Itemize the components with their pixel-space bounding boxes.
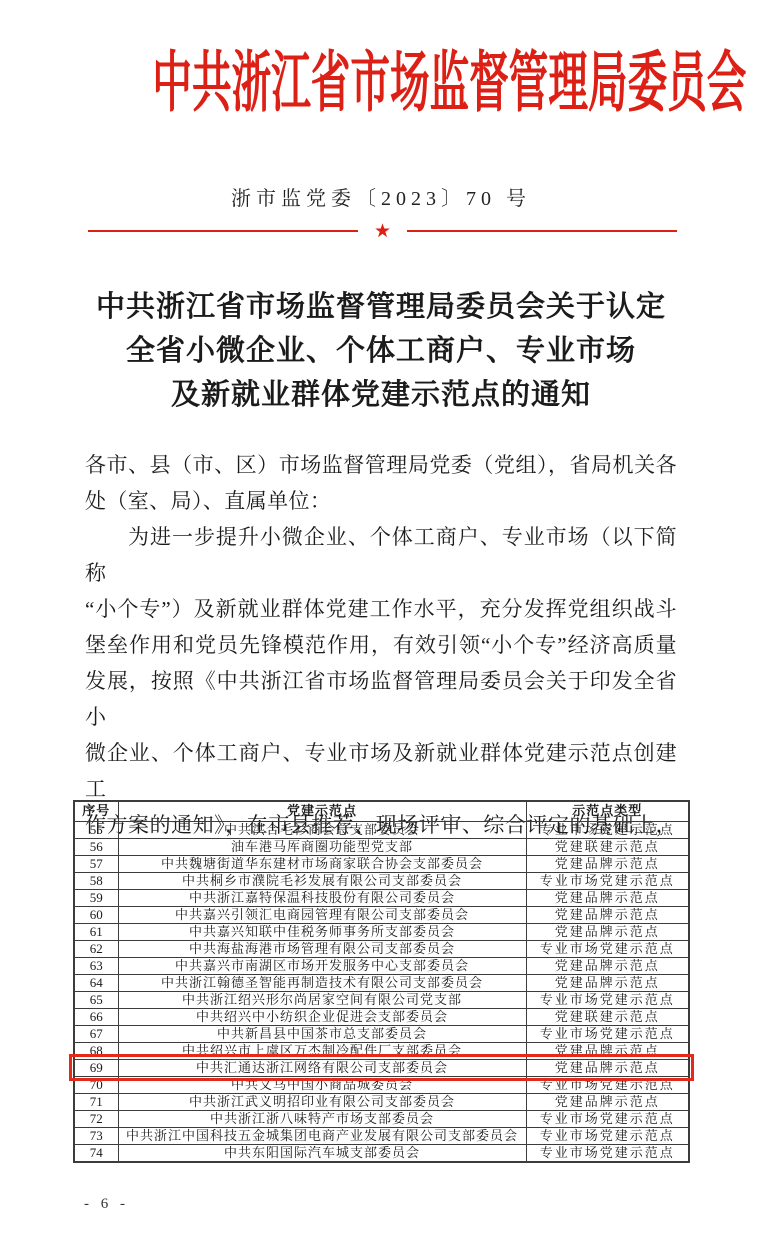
- site-name-cell: 中共海盐海港市场管理有限公司支部委员会: [118, 940, 526, 957]
- site-name-cell: 中共浙江中国科技五金城集团电商产业发展有限公司支部委员会: [118, 1127, 526, 1144]
- divider-line-left: [88, 230, 358, 232]
- row-number-cell: 68: [74, 1042, 118, 1059]
- table-row: 61中共嘉兴知联中佳税务师事务所支部委员会党建品牌示范点: [74, 923, 689, 940]
- star-icon: ★: [374, 222, 391, 241]
- site-name-cell: 中共浙江武义明招印业有限公司支部委员会: [118, 1093, 526, 1110]
- table-row: 67中共新昌县中国茶市总支部委员会专业市场党建示范点: [74, 1025, 689, 1042]
- page-number: - 6 -: [84, 1196, 129, 1213]
- divider-line-right: [407, 230, 677, 232]
- site-type-cell: 党建品牌示范点: [526, 906, 689, 923]
- site-type-cell: 党建品牌示范点: [526, 923, 689, 940]
- site-name-cell: 中共浙江嘉特保温科技股份有限公司委员会: [118, 889, 526, 906]
- table-row: 62中共海盐海港市场管理有限公司支部委员会专业市场党建示范点: [74, 940, 689, 957]
- row-number-cell: 73: [74, 1127, 118, 1144]
- table-row: 64中共浙江翰德圣智能再制造技术有限公司支部委员会党建品牌示范点: [74, 974, 689, 991]
- table-row: 63中共嘉兴市南湖区市场开发服务中心支部委员会党建品牌示范点: [74, 957, 689, 974]
- site-name-cell: 中共浙江浙八味特产市场支部委员会: [118, 1110, 526, 1127]
- row-number-cell: 57: [74, 855, 118, 872]
- row-number-cell: 55: [74, 821, 118, 838]
- table-row: 55中共洪合毛衫商会总支部委员会专业市场党建示范点: [74, 821, 689, 838]
- no-header-cell: 序号: [74, 801, 118, 821]
- demonstration-points-table: 序号党建示范点示范点类型 55中共洪合毛衫商会总支部委员会专业市场党建示范点56…: [73, 800, 690, 1163]
- table-row: 68中共绍兴市上虞区万杰制冷配件厂支部委员会党建品牌示范点: [74, 1042, 689, 1059]
- notice-title-line: 全省小微企业、个体工商户、专业市场: [0, 329, 762, 373]
- row-number-cell: 61: [74, 923, 118, 940]
- site-name-cell: 中共东阳国际汽车城支部委员会: [118, 1144, 526, 1162]
- site-type-cell: 党建品牌示范点: [526, 957, 689, 974]
- document-page: 中共浙江省市场监督管理局委员会 浙市监党委〔2023〕70 号 ★ 中共浙江省市…: [0, 0, 762, 1252]
- site-name-cell: 中共义乌中国小商品城委员会: [118, 1076, 526, 1093]
- table-row: 73中共浙江中国科技五金城集团电商产业发展有限公司支部委员会专业市场党建示范点: [74, 1127, 689, 1144]
- table-header-row: 序号党建示范点示范点类型: [74, 801, 689, 821]
- row-number-cell: 67: [74, 1025, 118, 1042]
- notice-title-line: 及新就业群体党建示范点的通知: [0, 373, 762, 417]
- site-type-cell: 党建品牌示范点: [526, 1042, 689, 1059]
- body-line: 微企业、个体工商户、专业市场及新就业群体党建示范点创建工: [85, 735, 677, 807]
- site-type-cell: 党建联建示范点: [526, 1008, 689, 1025]
- table-row: 72中共浙江浙八味特产市场支部委员会专业市场党建示范点: [74, 1110, 689, 1127]
- site-type-cell: 专业市场党建示范点: [526, 1144, 689, 1162]
- site-type-cell: 党建品牌示范点: [526, 1093, 689, 1110]
- site-name-cell: 油车港马厍商圈功能型党支部: [118, 838, 526, 855]
- row-number-cell: 69: [74, 1059, 118, 1076]
- site-name-cell: 中共浙江翰德圣智能再制造技术有限公司支部委员会: [118, 974, 526, 991]
- row-number-cell: 70: [74, 1076, 118, 1093]
- row-number-cell: 56: [74, 838, 118, 855]
- site-type-cell: 专业市场党建示范点: [526, 940, 689, 957]
- row-number-cell: 63: [74, 957, 118, 974]
- site-type-cell: 党建品牌示范点: [526, 855, 689, 872]
- row-number-cell: 59: [74, 889, 118, 906]
- row-number-cell: 72: [74, 1110, 118, 1127]
- site-name-cell: 中共嘉兴知联中佳税务师事务所支部委员会: [118, 923, 526, 940]
- notice-title: 中共浙江省市场监督管理局委员会关于认定 全省小微企业、个体工商户、专业市场 及新…: [0, 285, 762, 417]
- site-name-cell: 中共洪合毛衫商会总支部委员会: [118, 821, 526, 838]
- table-header: 序号党建示范点示范点类型: [74, 801, 689, 821]
- issuing-authority-title: 中共浙江省市场监督管理局委员会: [152, 48, 609, 121]
- table-row: 70中共义乌中国小商品城委员会专业市场党建示范点: [74, 1076, 689, 1093]
- table-body: 55中共洪合毛衫商会总支部委员会专业市场党建示范点56油车港马厍商圈功能型党支部…: [74, 821, 689, 1162]
- site-type-cell: 专业市场党建示范点: [526, 1076, 689, 1093]
- site-type-cell: 专业市场党建示范点: [526, 1127, 689, 1144]
- site-name-cell: 中共浙江绍兴形尔尚居家空间有限公司党支部: [118, 991, 526, 1008]
- body-line: “小个专”）及新就业群体党建工作水平，充分发挥党组织战斗: [85, 591, 677, 627]
- site-name-header-cell: 党建示范点: [118, 801, 526, 821]
- site-type-cell: 党建品牌示范点: [526, 974, 689, 991]
- site-type-cell: 党建品牌示范点: [526, 889, 689, 906]
- body-line: 堡垒作用和党员先锋模范作用，有效引领“小个专”经济高质量: [85, 627, 677, 663]
- table-row: 60中共嘉兴引领汇电商园管理有限公司支部委员会党建品牌示范点: [74, 906, 689, 923]
- header-divider: ★: [88, 222, 677, 240]
- body-line: 为进一步提升小微企业、个体工商户、专业市场（以下简称: [85, 519, 677, 591]
- site-name-cell: 中共桐乡市濮院毛衫发展有限公司支部委员会: [118, 872, 526, 889]
- site-type-cell: 党建品牌示范点: [526, 1059, 689, 1076]
- table-row: 59中共浙江嘉特保温科技股份有限公司委员会党建品牌示范点: [74, 889, 689, 906]
- site-type-header-cell: 示范点类型: [526, 801, 689, 821]
- site-type-cell: 专业市场党建示范点: [526, 872, 689, 889]
- table-row-highlighted: 69中共汇通达浙江网络有限公司支部委员会党建品牌示范点: [74, 1059, 689, 1076]
- table-row: 71中共浙江武义明招印业有限公司支部委员会党建品牌示范点: [74, 1093, 689, 1110]
- row-number-cell: 71: [74, 1093, 118, 1110]
- site-name-cell: 中共嘉兴市南湖区市场开发服务中心支部委员会: [118, 957, 526, 974]
- row-number-cell: 64: [74, 974, 118, 991]
- notice-title-line: 中共浙江省市场监督管理局委员会关于认定: [0, 285, 762, 329]
- site-name-cell: 中共魏塘街道华东建材市场商家联合协会支部委员会: [118, 855, 526, 872]
- site-type-cell: 专业市场党建示范点: [526, 1110, 689, 1127]
- body-line: 发展，按照《中共浙江省市场监督管理局委员会关于印发全省小: [85, 663, 677, 735]
- body-text: 各市、县（市、区）市场监督管理局党委（党组），省局机关各处（室、局）、直属单位：…: [85, 447, 677, 843]
- site-name-cell: 中共嘉兴引领汇电商园管理有限公司支部委员会: [118, 906, 526, 923]
- site-type-cell: 专业市场党建示范点: [526, 1025, 689, 1042]
- site-name-cell: 中共绍兴中小纺织企业促进会支部委员会: [118, 1008, 526, 1025]
- row-number-cell: 66: [74, 1008, 118, 1025]
- table-row: 58中共桐乡市濮院毛衫发展有限公司支部委员会专业市场党建示范点: [74, 872, 689, 889]
- row-number-cell: 65: [74, 991, 118, 1008]
- site-type-cell: 专业市场党建示范点: [526, 991, 689, 1008]
- table-row: 56油车港马厍商圈功能型党支部党建联建示范点: [74, 838, 689, 855]
- row-number-cell: 62: [74, 940, 118, 957]
- row-number-cell: 74: [74, 1144, 118, 1162]
- body-line: 各市、县（市、区）市场监督管理局党委（党组），省局机关各: [85, 447, 677, 483]
- site-name-cell: 中共绍兴市上虞区万杰制冷配件厂支部委员会: [118, 1042, 526, 1059]
- site-name-cell: 中共汇通达浙江网络有限公司支部委员会: [118, 1059, 526, 1076]
- table-row: 57中共魏塘街道华东建材市场商家联合协会支部委员会党建品牌示范点: [74, 855, 689, 872]
- table-row: 65中共浙江绍兴形尔尚居家空间有限公司党支部专业市场党建示范点: [74, 991, 689, 1008]
- table-row: 74中共东阳国际汽车城支部委员会专业市场党建示范点: [74, 1144, 689, 1162]
- table-row: 66中共绍兴中小纺织企业促进会支部委员会党建联建示范点: [74, 1008, 689, 1025]
- document-number: 浙市监党委〔2023〕70 号: [0, 182, 762, 211]
- body-line: 处（室、局）、直属单位：: [85, 483, 677, 519]
- site-name-cell: 中共新昌县中国茶市总支部委员会: [118, 1025, 526, 1042]
- site-type-cell: 党建联建示范点: [526, 838, 689, 855]
- site-type-cell: 专业市场党建示范点: [526, 821, 689, 838]
- row-number-cell: 60: [74, 906, 118, 923]
- row-number-cell: 58: [74, 872, 118, 889]
